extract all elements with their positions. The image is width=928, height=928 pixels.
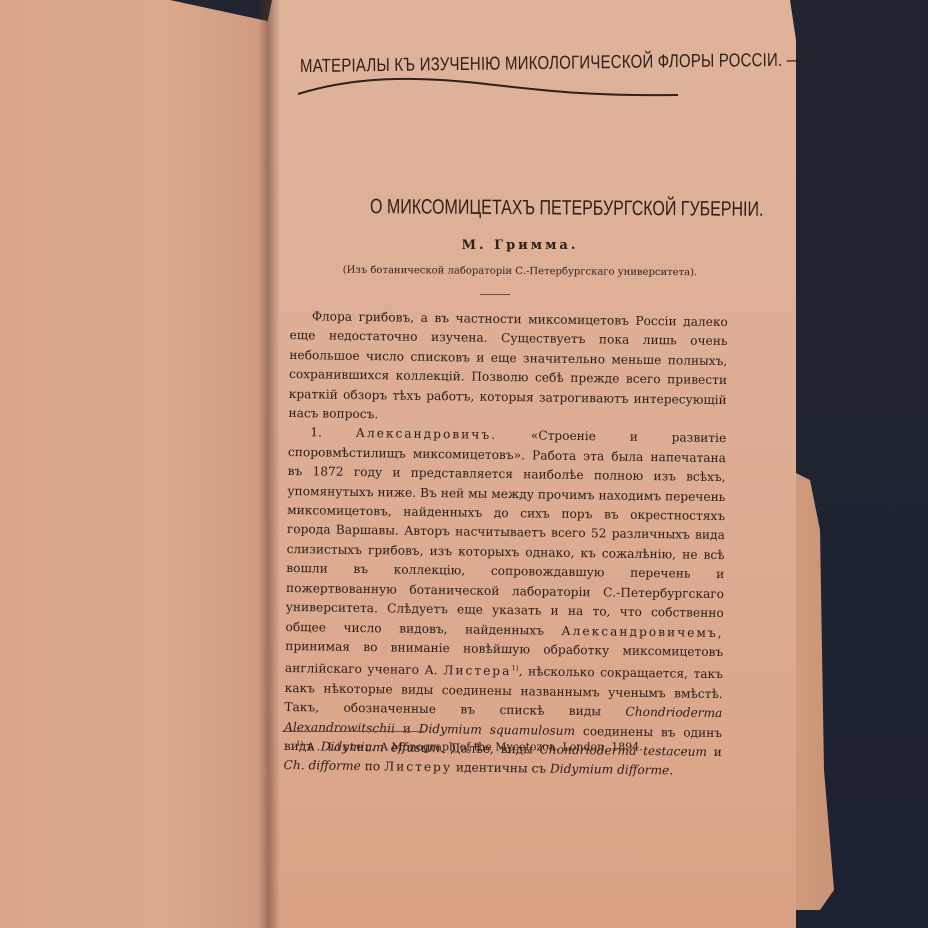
footnote: 1) A. Lister. A Monograph of the Mycetoz… (296, 740, 736, 754)
author-name: Александровичъ. (356, 426, 498, 442)
paragraph-intro: Флора грибовъ, а въ частности миксомицет… (288, 307, 728, 430)
left-page (0, 0, 272, 928)
footnote-text: A Monograph of the Mycetozoa. London. 18… (380, 741, 643, 754)
item-number: 1. (310, 426, 322, 440)
article-title: О МИКСОМИЦЕТАХЪ ПЕТЕРБУРГСКОЙ ГУБЕРНІИ. (370, 196, 670, 221)
article-author: М. Гримма. (370, 238, 670, 253)
author-name: Александровичемъ, (561, 623, 723, 639)
text-run: «Строеніе и развитіе споровмѣстилищъ мик… (285, 429, 726, 637)
author-name: Листера (443, 664, 511, 679)
text-run: по (365, 759, 381, 773)
text-run: идентичны съ (456, 761, 546, 776)
divider (480, 294, 510, 295)
book-gutter (258, 0, 280, 928)
wavy-rule (296, 74, 680, 104)
species-name: Didymium squamulosum (419, 721, 576, 737)
footnote-marker: 1) (296, 740, 303, 748)
paragraph-1: 1. Александровичъ. «Строеніе и развитіе … (283, 423, 726, 781)
article-body: Флора грибовъ, а въ частности миксомицет… (283, 307, 728, 782)
text-run: и (403, 721, 411, 735)
text-run: . (669, 764, 673, 778)
footnote-author: A. Lister. (307, 741, 377, 754)
species-name: Didymium difforme (550, 762, 670, 778)
footnote-divider (282, 731, 424, 732)
author-name: Листеру (384, 760, 452, 775)
species-name: Ch. difforme (284, 758, 361, 773)
